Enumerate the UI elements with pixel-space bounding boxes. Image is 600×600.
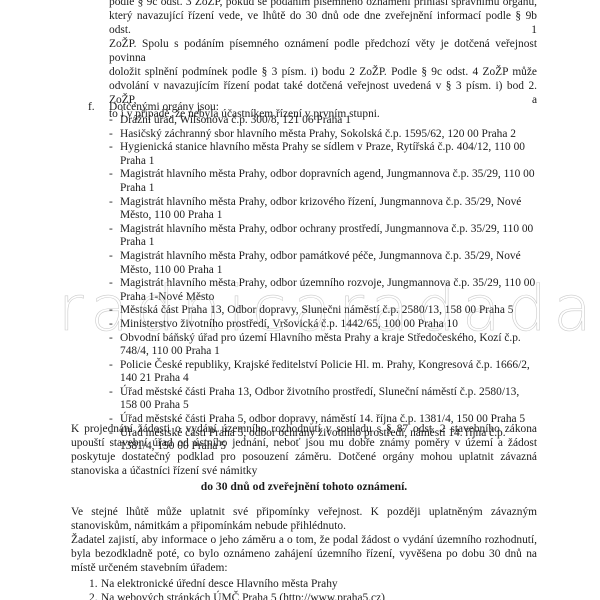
list-item: -Magistrát hlavního města Prahy, odbor p… bbox=[88, 250, 538, 277]
list-item: -Obvodní báňský úřad pro území Hlavního … bbox=[88, 332, 538, 359]
list-item: -Drážní úřad, Wilsonova č.p. 300/8, 121 … bbox=[88, 114, 538, 128]
posting-locations-list: 1.Na elektronické úřední desce Hlavního … bbox=[71, 577, 537, 600]
dash-bullet-icon: - bbox=[109, 114, 113, 128]
dash-bullet-icon: - bbox=[109, 141, 113, 155]
list-item: -Hasičský záchranný sbor hlavního města … bbox=[88, 128, 538, 142]
dash-bullet-icon: - bbox=[109, 318, 113, 332]
dash-bullet-icon: - bbox=[109, 359, 113, 373]
text-line: ZoŽP. Spolu s podáním písemného oznámení… bbox=[109, 37, 537, 65]
dash-bullet-icon: - bbox=[109, 196, 113, 210]
text-line: který navazující řízení vede, ve lhůtě d… bbox=[109, 9, 537, 37]
list-item: -Hygienická stanice hlavního města Prahy… bbox=[88, 141, 538, 168]
dash-bullet-icon: - bbox=[109, 386, 113, 400]
dash-bullet-icon: - bbox=[109, 168, 113, 182]
dash-bullet-icon: - bbox=[109, 332, 113, 346]
list-item: -Magistrát hlavního města Prahy, odbor o… bbox=[88, 223, 538, 250]
dash-bullet-icon: - bbox=[109, 250, 113, 264]
dash-bullet-icon: - bbox=[109, 304, 113, 318]
dash-bullet-icon: - bbox=[109, 223, 113, 237]
paragraph-applicant: Žadatel zajistí, aby informace o jeho zá… bbox=[71, 533, 537, 575]
text-line: podle § 9c odst. 3 ZoŽP, pokud se podání… bbox=[109, 0, 537, 9]
paragraph-public: Ve stejné lhůtě může uplatnit své připom… bbox=[71, 505, 537, 533]
dash-bullet-icon: - bbox=[109, 128, 113, 142]
section-title: Dotčenými orgány jsou: bbox=[109, 100, 219, 114]
paragraph-hearing: K projednání žádosti o vydání územního r… bbox=[71, 422, 537, 478]
document-page: podle § 9c odst. 3 ZoŽP, pokud se podání… bbox=[0, 0, 600, 600]
dash-bullet-icon: - bbox=[109, 277, 113, 291]
list-item: -Magistrát hlavního města Prahy, odbor ú… bbox=[88, 277, 538, 304]
list-item: 1.Na elektronické úřední desce Hlavního … bbox=[71, 577, 537, 591]
deadline-notice: do 30 dnů od zveřejnění tohoto oznámení. bbox=[71, 480, 537, 494]
section-marker: f. bbox=[88, 100, 95, 114]
authorities-list: -Drážní úřad, Wilsonova č.p. 300/8, 121 … bbox=[88, 114, 538, 454]
list-item: 2.Na webových stránkách ÚMČ Praha 5 (htt… bbox=[71, 591, 537, 600]
list-item: -Magistrát hlavního města Prahy, odbor k… bbox=[88, 196, 538, 223]
list-item: -Magistrát hlavního města Prahy, odbor d… bbox=[88, 168, 538, 195]
list-item: -Policie České republiky, Krajské ředite… bbox=[88, 359, 538, 386]
list-item: -Městská část Praha 13, Odbor dopravy, S… bbox=[88, 304, 538, 318]
text-line: doložit splnění podmínek podle § 3 písm.… bbox=[109, 65, 537, 79]
list-item: -Ministerstvo životního prostředí, Vršov… bbox=[88, 318, 538, 332]
list-item: -Úřad městské části Praha 13, Odbor živo… bbox=[88, 386, 538, 413]
